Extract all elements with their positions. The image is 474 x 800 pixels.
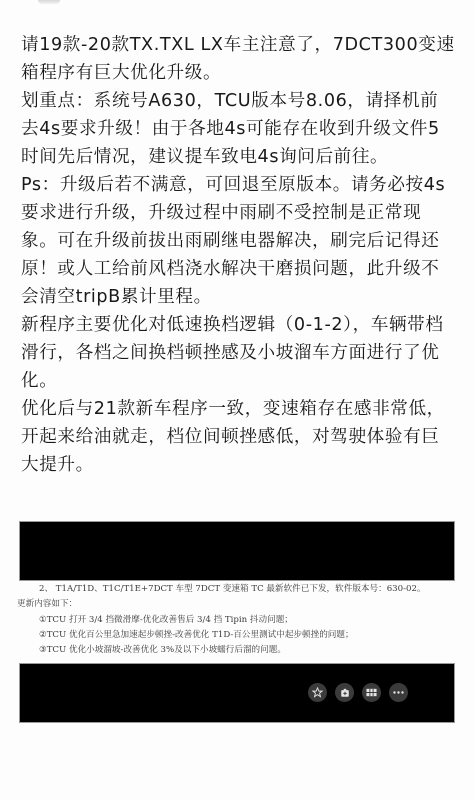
embedded-document-text: 2、 T1A/T1D、T1C/T1E+7DCT 车型 7DCT 变速箱 TC 最… bbox=[17, 582, 457, 658]
post-paragraph-result: 优化后与21款新车程序一致，变速箱存在感非常低，开起来给油就走，档位间顿挫感低，… bbox=[21, 395, 455, 479]
add-to-album-icon[interactable] bbox=[335, 683, 354, 702]
doc-line-item-1: ①TCU 打开 3/4 挡微滑摩-优化改善售后 3/4 挡 Tipin 抖动问题… bbox=[17, 613, 457, 628]
grid-icon[interactable] bbox=[362, 683, 381, 702]
image-toolbar bbox=[308, 683, 408, 702]
post-paragraph-ps: Ps：升级后若不满意，可回退至原版本。请务必按4s要求进行升级，升级过程中雨刷不… bbox=[21, 171, 455, 311]
status-bar-fragment bbox=[38, 0, 60, 4]
doc-line-subheading: 更新内容如下： bbox=[17, 597, 457, 612]
doc-line-item-3: ③TCU 优化小坡溜坡-改善优化 3%及以下小坡蠕行后溜的问题。 bbox=[17, 643, 457, 658]
embedded-image-redacted-bottom[interactable] bbox=[19, 663, 455, 723]
doc-line-heading: 2、 T1A/T1D、T1C/T1E+7DCT 车型 7DCT 变速箱 TC 最… bbox=[17, 582, 457, 597]
post-body: 请19款-20款TX.TXL LX车主注意了，7DCT300变速箱程序有巨大优化… bbox=[21, 31, 455, 479]
post-paragraph-intro: 请19款-20款TX.TXL LX车主注意了，7DCT300变速箱程序有巨大优化… bbox=[21, 31, 455, 87]
embedded-image-redacted-top[interactable] bbox=[19, 521, 455, 581]
more-icon[interactable] bbox=[389, 683, 408, 702]
post-paragraph-key-points: 划重点：系统号A630，TCU版本号8.06，请择机前去4s要求升级！由于各地4… bbox=[21, 87, 455, 171]
star-icon[interactable] bbox=[308, 683, 327, 702]
doc-line-item-2: ②TCU 优化百公里急加速起步顿挫-改善优化 T1D-百公里测试中起步顿挫的问题… bbox=[17, 628, 457, 643]
post-paragraph-optimization: 新程序主要优化对低速换档逻辑（0-1-2），车辆带档滑行，各档之间换档顿挫感及小… bbox=[21, 311, 455, 395]
